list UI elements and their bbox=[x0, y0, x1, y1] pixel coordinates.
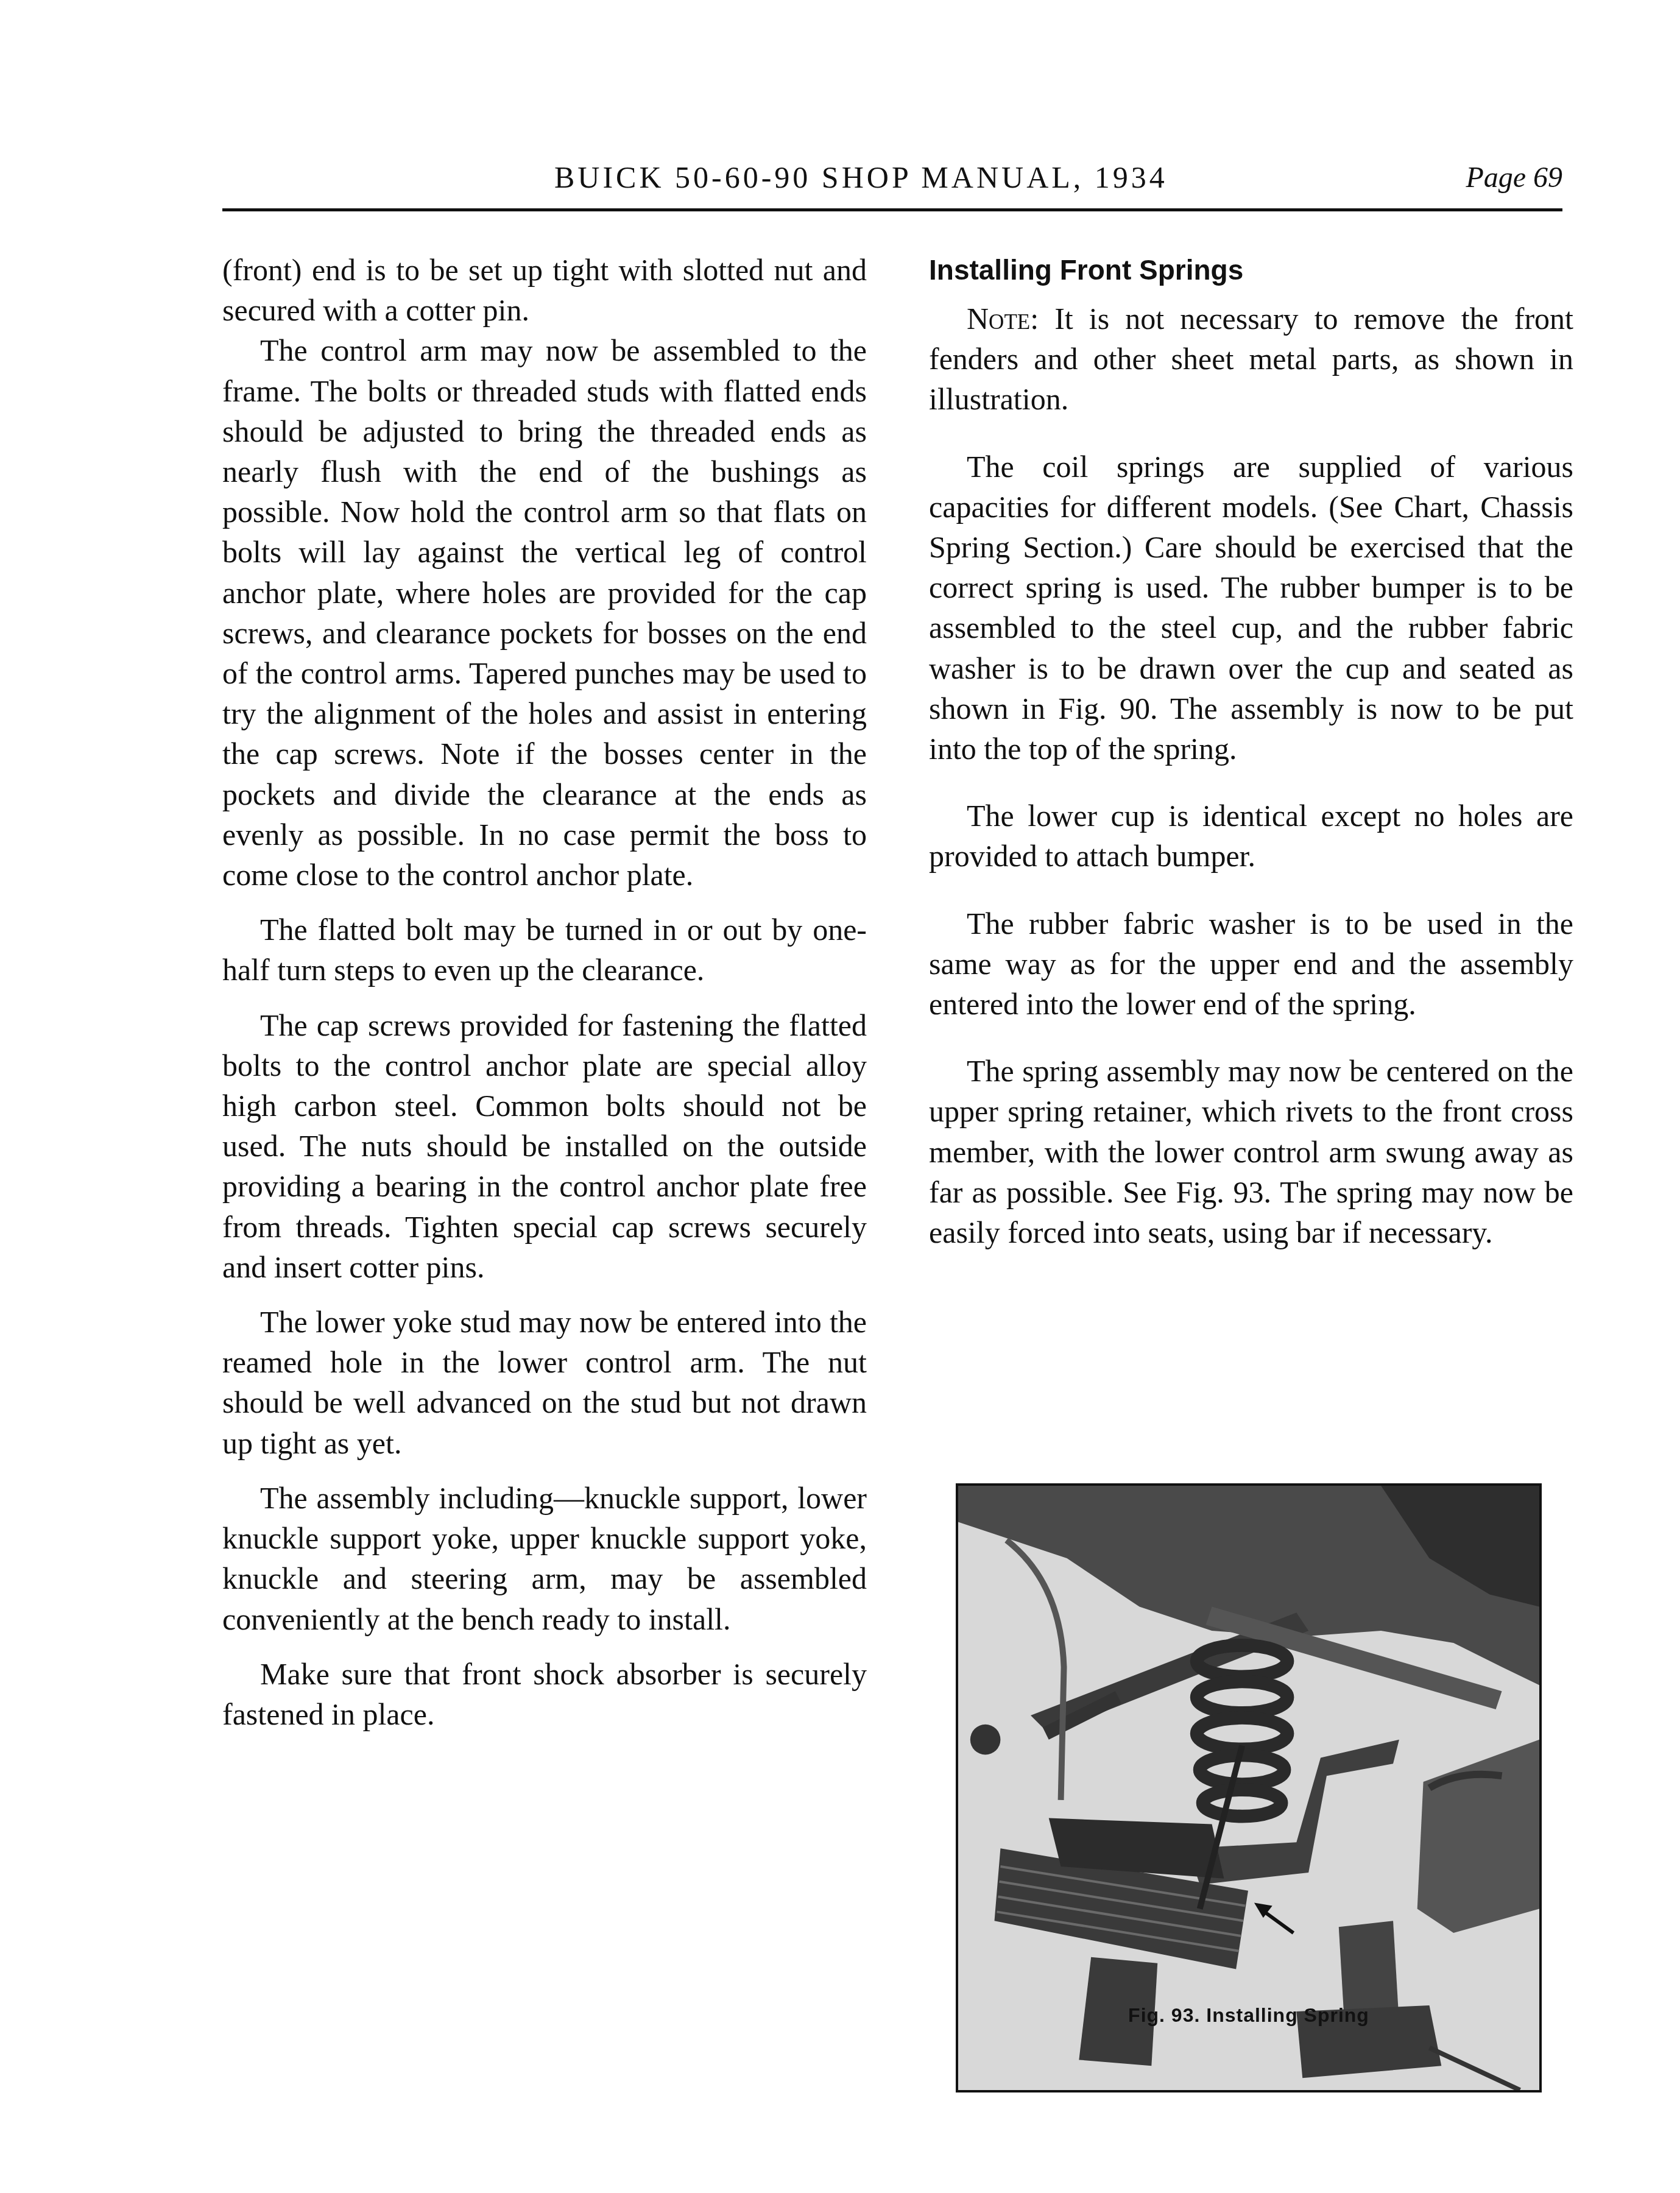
page-header: BUICK 50-60-90 SHOP MANUAL, 1934 Page 69 bbox=[222, 160, 1562, 202]
header-rule bbox=[222, 208, 1562, 211]
paragraph: (front) end is to be set up tight with s… bbox=[222, 250, 867, 330]
paragraph: The lower cup is identical except no hol… bbox=[929, 796, 1573, 876]
suspension-photo-illustration bbox=[958, 1486, 1539, 2090]
left-column: (front) end is to be set up tight with s… bbox=[222, 250, 867, 1734]
paragraph: The assembly including—knuckle sup­port,… bbox=[222, 1478, 867, 1639]
note-label: Note: bbox=[967, 302, 1039, 336]
paragraph: Make sure that front shock absorber is s… bbox=[222, 1654, 867, 1734]
paragraph: The control arm may now be assembled to … bbox=[222, 330, 867, 895]
section-heading: Installing Front Springs bbox=[929, 250, 1573, 290]
paragraph: The spring assembly may now be cen­tered… bbox=[929, 1051, 1573, 1252]
page-number: Page 69 bbox=[1466, 161, 1562, 194]
paragraph: The lower yoke stud may now be entered i… bbox=[222, 1302, 867, 1463]
right-column: Installing Front Springs Note: It is not… bbox=[929, 250, 1573, 1252]
paragraph: The coil springs are supplied of various… bbox=[929, 447, 1573, 769]
note-paragraph: Note: It is not necessary to remove the … bbox=[929, 298, 1573, 420]
figure-93-photo bbox=[956, 1483, 1542, 2092]
paragraph: The flatted bolt may be turned in or out… bbox=[222, 909, 867, 990]
paragraph: The cap screws provided for fastening th… bbox=[222, 1005, 867, 1287]
paragraph: The rubber fabric washer is to be used i… bbox=[929, 903, 1573, 1025]
manual-title: BUICK 50-60-90 SHOP MANUAL, 1934 bbox=[554, 160, 1168, 195]
figure-caption: Fig. 93. Installing Spring bbox=[956, 2004, 1542, 2027]
